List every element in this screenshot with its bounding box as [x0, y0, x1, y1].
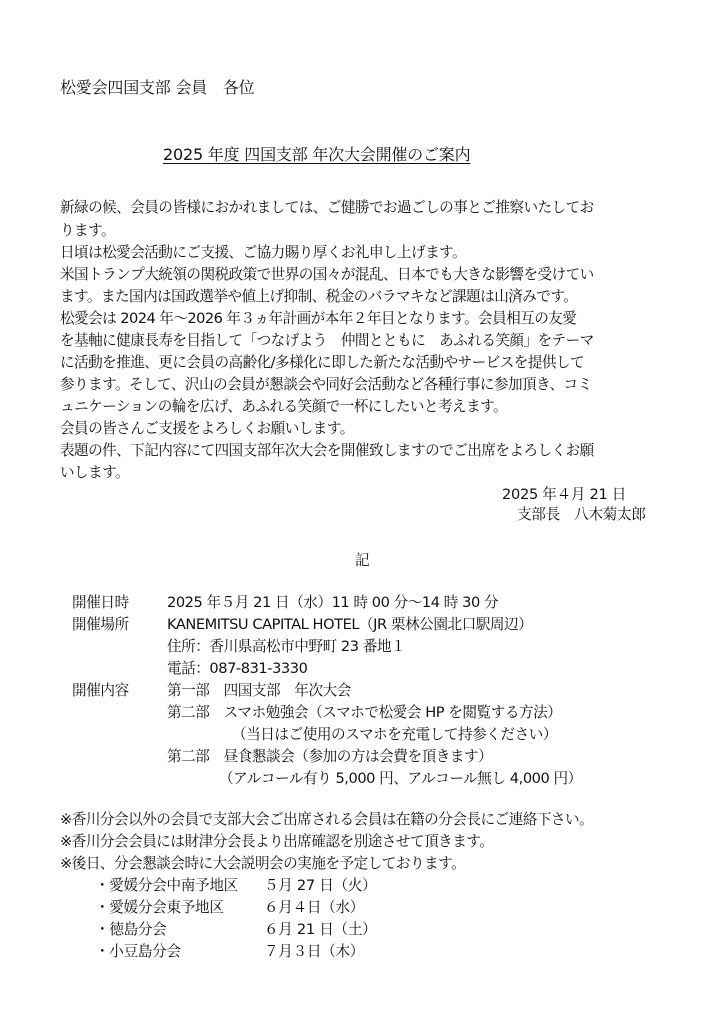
schedule-branch: ・徳島分会	[95, 918, 166, 939]
body-line: 日頃は松愛会活動にご支援、ご協力賜り厚くお礼申し上げます。	[60, 241, 466, 262]
part2-note: （当日はご使用のスマホを充電して持参ください）	[232, 723, 557, 744]
issue-date: 2025 年４月 21 日	[502, 483, 626, 504]
part3-note: （アルコール有り 5,000 円、アルコール無し 4,000 円）	[219, 767, 582, 788]
schedule-date: ５月 27 日（火）	[264, 874, 376, 895]
body-line: 米国トランプ大統領の関税政策で世界の国々が混乱、日本でも大きな影響を受けてい	[60, 263, 594, 284]
datetime-label: 開催日時	[72, 591, 129, 612]
part1: 第一部 四国支部 年次大会	[167, 679, 351, 700]
venue-phone: 電話：087-831-3330	[167, 657, 307, 678]
venue-address: 住所：香川県高松市中野町 23 番地１	[167, 635, 405, 656]
ki-heading: 記	[355, 549, 370, 570]
note: ※後日、分会懇談会時に大会説明会の実施を予定しております。	[60, 852, 465, 873]
schedule-branch: ・愛媛分会東予地区	[95, 896, 224, 917]
venue-label: 開催場所	[72, 613, 129, 634]
body-line: 参ります。そして、沢山の会員が懇談会や同好会活動など各種行事に参加頂き、コミ	[60, 373, 592, 394]
signer: 支部長 八木菊太郎	[517, 503, 646, 524]
schedule-branch: ・小豆島分会	[95, 940, 181, 961]
venue-value: KANEMITSU CAPITAL HOTEL（JR 栗林公園北口駅周辺）	[167, 613, 532, 634]
part3: 第二部 昼食懇談会（参加の方は会費を頂きます）	[167, 745, 492, 766]
salutation: 松愛会四国支部 会員 各位	[60, 75, 255, 98]
datetime-value: 2025 年５月 21 日（水）11 時 00 分～14 時 30 分	[167, 591, 498, 612]
document-title: 2025 年度 四国支部 年次大会開催のご案内	[163, 142, 470, 165]
body-line: を基軸に健康長寿を目指して「つなげよう 仲間とともに あふれる笑顔」をテーマ	[60, 329, 594, 350]
note: ※香川分会以外の会員で支部大会ご出席される会員は在籍の分会長にご連絡下さい。	[60, 808, 593, 829]
schedule-date: ７月３日（木）	[264, 940, 364, 961]
body-line: ります。	[60, 219, 115, 240]
body-line: 新緑の候、会員の皆様におかれましては、ご健勝でお過ごしの事とご推察いたしてお	[60, 196, 594, 217]
schedule-date: ６月４日（水）	[264, 896, 364, 917]
body-line: 会員の皆さんご支援をよろしくお願いします。	[60, 417, 354, 438]
body-line: 表題の件、下記内容にて四国支部年次大会を開催致しますのでご出席をよろしくお願	[60, 439, 594, 460]
body-line: に活動を推進、更に会員の高齢化/多様化に即した新たな活動やサービスを提供して	[60, 351, 584, 372]
schedule-branch: ・愛媛分会中南予地区	[95, 874, 238, 895]
body-line: ュニケーションの輪を広げ、あふれる笑顔で一杯にしたいと考えます。	[60, 395, 507, 416]
schedule-date: ６月 21 日（土）	[264, 918, 376, 939]
body-line: 松愛会は 2024 年～2026 年３ヵ年計画が本年２年目となります。会員相互の…	[60, 307, 576, 328]
body-line: ます。また国内は国政選挙や値上げ抑制、税金のバラマキなど課題は山済みです。	[60, 285, 577, 306]
part2: 第二部 スマホ勉強会（スマホで松愛会 HP を閲覧する方法）	[167, 701, 561, 722]
body-line: いします。	[60, 461, 129, 482]
note: ※香川分会会員には財津分会長より出席確認を別途させて頂きます。	[60, 830, 493, 851]
content-label: 開催内容	[72, 679, 129, 700]
